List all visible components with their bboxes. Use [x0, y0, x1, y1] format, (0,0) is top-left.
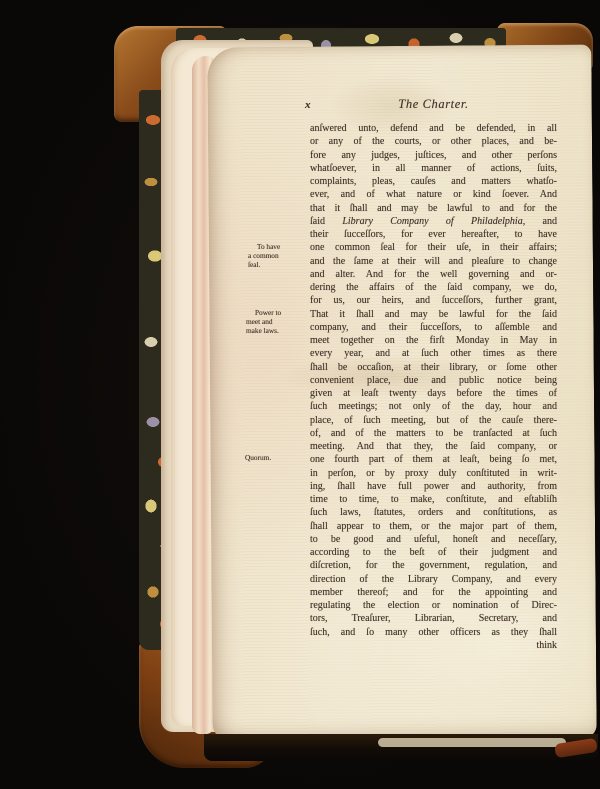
margin-note-line: a common: [248, 251, 306, 260]
running-title: The Charter.: [310, 97, 557, 112]
body-line: company, and their ſucceſſors, to aſſemb…: [310, 321, 557, 334]
margin-note-line: ſeal.: [248, 260, 306, 269]
body-line: meet together on the firſt Monday in May…: [310, 334, 557, 347]
body-line: member thereof; and for the appointing a…: [310, 586, 557, 599]
body-line: for us, our heirs, and ſucceſſors, furth…: [310, 294, 557, 307]
body-line: ever, and of what nature or kind ſoever.…: [310, 188, 557, 201]
page-bottom-edge-sliver: [378, 738, 566, 747]
body-line: that it ſhall and may be lawful to and f…: [310, 202, 557, 215]
body-line: dering the affairs of the ſaid company, …: [310, 281, 557, 294]
body-line: fore any judges, juſtices, and other per…: [310, 149, 557, 162]
body-line: ſuch laws, ſtatutes, orders and conſtitu…: [310, 506, 557, 519]
margin-note-line: Power to: [246, 308, 304, 317]
body-line: direction of the Library Company, and ev…: [310, 573, 557, 586]
body-line: ſaid Library Company of Philadelphia, an…: [310, 215, 557, 228]
body-line: and the ſame at their will and pleaſure …: [310, 255, 557, 268]
body-line: one common ſeal for their uſe, in their …: [310, 241, 557, 254]
margin-note-quorum: Quorum.: [245, 453, 303, 462]
body-line: diſcretion, for the government, regulati…: [310, 559, 557, 572]
body-line: That it ſhall and may be lawful for the …: [310, 308, 557, 321]
catchword: think: [310, 639, 557, 652]
margin-note-line: meet and: [246, 317, 304, 326]
margin-note-line: Quorum.: [245, 453, 303, 462]
body-line: in perſon, or by proxy duly conſtituted …: [310, 467, 557, 480]
body-line: meeting. And that they, the ſaid company…: [310, 440, 557, 453]
body-line: place, of ſuch meeting, but of the cauſe…: [310, 414, 557, 427]
body-line: their ſucceſſors, for ever hereafter, to…: [310, 228, 557, 241]
body-line: every year, and at ſuch other times as t…: [310, 347, 557, 360]
body-line-segment: Library Company of Philadelphia: [342, 216, 522, 227]
body-line: complaints, pleas, cauſes and matters wh…: [310, 175, 557, 188]
body-line: ſuch, and ſo many other officers as they…: [310, 626, 557, 639]
body-line: ſuch meetings; not only of the day, hour…: [310, 400, 557, 413]
body-line: ing, ſhall have full power and authority…: [310, 480, 557, 493]
body-line: to be good and uſeful, honeſt and neceſſ…: [310, 533, 557, 546]
margin-note-power-to-meet: Power to meet and make laws.: [246, 308, 304, 335]
body-line: according to the beſt of their judgment …: [310, 546, 557, 559]
body-line: regulating the election or nomination of…: [310, 599, 557, 612]
body-line: whatſoever, in all manner of actions, ſu…: [310, 162, 557, 175]
margin-note-line: To have: [248, 242, 306, 251]
body-line: one fourth part of them at leaſt, being …: [310, 453, 557, 466]
body-line-segment: , and: [523, 216, 557, 227]
margin-note-common-seal: To have a common ſeal.: [248, 242, 306, 269]
body-line: ſhall be occaſion, at their library, or …: [310, 361, 557, 374]
body-line: ſhall appear to them, or the major part …: [310, 520, 557, 533]
body-line: given at leaſt twenty days before the ti…: [310, 387, 557, 400]
body-line: convenient place, due and public notice …: [310, 374, 557, 387]
photo-canvas: x The Charter. To have a common ſeal. Po…: [0, 0, 600, 789]
body-line: tors, Treaſurer, Librarian, Secretary, a…: [310, 612, 557, 625]
body-line: and alter. And for the well governing an…: [310, 268, 557, 281]
margin-note-line: make laws.: [246, 326, 304, 335]
body-line-segment: ſaid: [310, 216, 342, 227]
body-line: of, and of the matters to be tranſacted …: [310, 427, 557, 440]
body-line: anſwered unto, defend and be defended, i…: [310, 122, 557, 135]
body-line: time to time, to make, conſtitute, and e…: [310, 493, 557, 506]
body-line: or any of the courts, or other places, a…: [310, 135, 557, 148]
body-text-column: anſwered unto, defend and be defended, i…: [310, 122, 557, 652]
